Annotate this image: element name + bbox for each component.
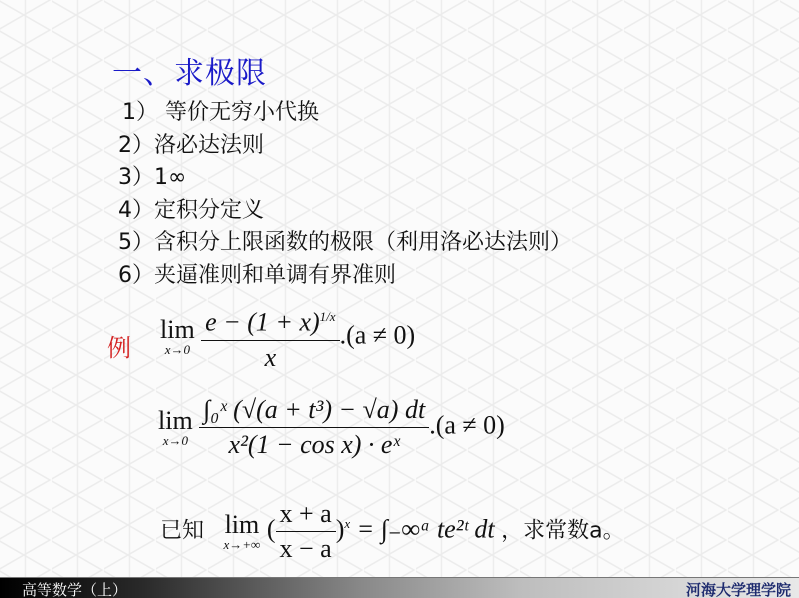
footer-bar: 高等数学（上） 河海大学理学院	[0, 577, 799, 598]
denominator: x − a	[276, 532, 336, 566]
slide-title: 一、求极限	[112, 48, 267, 92]
method-item: 2）洛必达法则	[118, 128, 572, 161]
example-label: 例	[107, 328, 131, 363]
denominator: x	[201, 341, 339, 375]
institution-name: 河海大学理学院	[686, 579, 791, 598]
example-3-formula: 已知 lim x→+∞ ( x + a x − a )x = ∫₋∞ᵃ te²ᵗ…	[160, 497, 625, 566]
numerator: ∫₀ˣ (√(a + t³) − √a) dt	[199, 393, 429, 428]
limit-operator: lim x→0	[160, 317, 195, 357]
method-item: 6）夹逼准则和单调有界准则	[118, 258, 572, 291]
course-name: 高等数学（上）	[22, 579, 127, 598]
limit-operator: lim x→+∞	[224, 512, 261, 552]
fraction: x + a x − a	[276, 497, 336, 566]
limit-operator: lim x→0	[158, 408, 193, 448]
fraction: ∫₀ˣ (√(a + t³) − √a) dt x²(1 − cos x) · …	[199, 393, 429, 462]
numerator: e − (1 + x)1/x	[201, 300, 339, 341]
slide: 一、求极限 1） 等价无穷小代换 2）洛必达法则 3）1∞ 4）定积分定义 5）…	[0, 0, 799, 598]
method-item: 4）定积分定义	[118, 193, 572, 226]
methods-list: 1） 等价无穷小代换 2）洛必达法则 3）1∞ 4）定积分定义 5）含积分上限函…	[118, 95, 572, 290]
condition: .(a ≠ 0)	[340, 320, 416, 349]
given-prefix: 已知	[160, 518, 204, 543]
method-item: 3）1∞	[118, 160, 572, 193]
example-1-formula: lim x→0 e − (1 + x)1/x x .(a ≠ 0)	[160, 300, 415, 375]
fraction: e − (1 + x)1/x x	[201, 300, 339, 375]
question-suffix: ，求常数a。	[501, 518, 624, 543]
method-item: 5）含积分上限函数的极限（利用洛必达法则）	[118, 225, 572, 258]
denominator: x²(1 − cos x) · eˣ	[199, 428, 429, 462]
example-2-formula: lim x→0 ∫₀ˣ (√(a + t³) − √a) dt x²(1 − c…	[158, 393, 505, 462]
integral-rhs: = ∫₋∞ᵃ te²ᵗ dt	[357, 514, 495, 543]
method-item: 1） 等价无穷小代换	[118, 95, 572, 128]
numerator: x + a	[276, 497, 336, 532]
condition: .(a ≠ 0)	[429, 410, 505, 439]
